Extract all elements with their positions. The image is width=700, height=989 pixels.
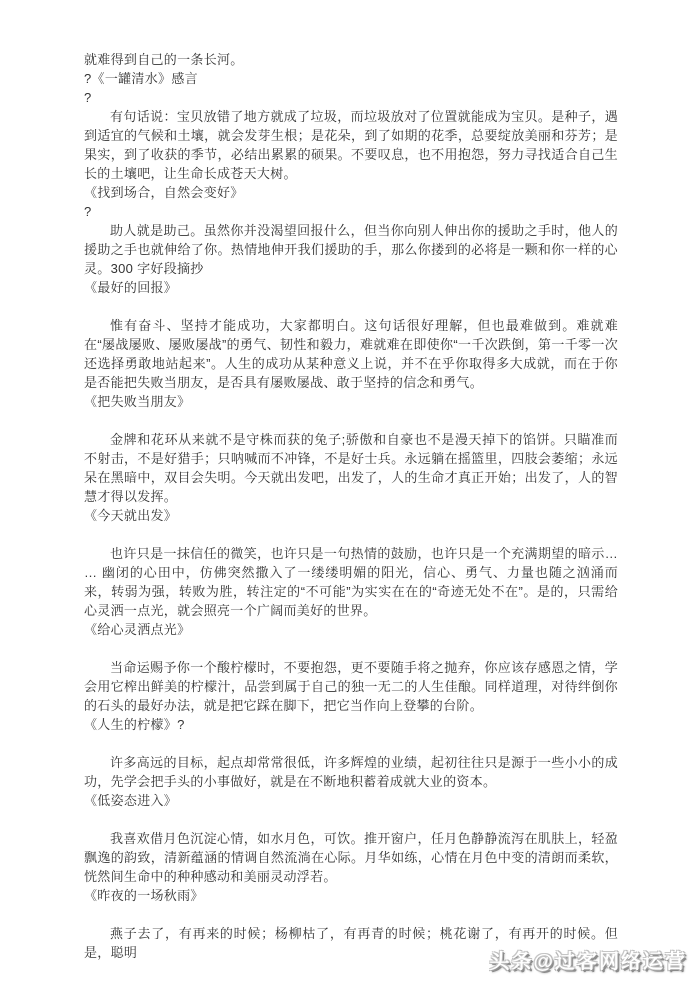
paragraph: 惟有奋斗、坚持才能成功，大家都明白。这句话很好理解，但也最难做到。难就难在“屡战…	[84, 316, 618, 392]
watermark: 头条@过客网络运营	[489, 945, 687, 974]
book-title: 《把失败当朋友》	[84, 392, 618, 411]
text-line: ?《一罐清水》感言	[84, 69, 618, 88]
document-body: 就难得到自己的一条长河。?《一罐清水》感言?有句话说：宝贝放错了地方就成了垃圾，…	[84, 50, 618, 962]
paragraph: 许多高远的目标，起点却常常很低，许多辉煌的业绩，起初往往只是源于一些小小的成功，…	[84, 753, 618, 791]
blank-line	[84, 905, 618, 924]
paragraph: 助人就是助己。虽然你并没渴望回报什么，但当你向别人伸出你的援助之手时，他人的援助…	[84, 221, 618, 278]
blank-line	[84, 639, 618, 658]
text-line: ?	[84, 88, 618, 107]
book-title: 《低姿态进入》	[84, 791, 618, 810]
paragraph: 有句话说：宝贝放错了地方就成了垃圾，而垃圾放对了位置就能成为宝贝。是种子，遇到适…	[84, 107, 618, 183]
book-title: 《找到场合，自然会变好》	[84, 183, 618, 202]
paragraph: 当命运赐予你一个酸柠檬时，不要抱怨，更不要随手将之抛弃，你应该存感恩之情，学会用…	[84, 658, 618, 715]
book-title: 《人生的柠檬》?	[84, 715, 618, 734]
blank-line	[84, 525, 618, 544]
text-line: 就难得到自己的一条长河。	[84, 50, 618, 69]
paragraph: 金牌和花环从来就不是守株而获的兔子;骄傲和自豪也不是漫天掉下的馅饼。只瞄准而不射…	[84, 430, 618, 506]
document-page: 就难得到自己的一条长河。?《一罐清水》感言?有句话说：宝贝放错了地方就成了垃圾，…	[0, 0, 700, 989]
text-line: ?	[84, 202, 618, 221]
blank-line	[84, 810, 618, 829]
book-title: 《昨夜的一场秋雨》	[84, 886, 618, 905]
blank-line	[84, 411, 618, 430]
book-title: 《今天就出发》	[84, 506, 618, 525]
blank-line	[84, 734, 618, 753]
blank-line	[84, 297, 618, 316]
paragraph: 也许只是一抹信任的微笑，也许只是一句热情的鼓励，也许只是一个充满期望的暗示… ……	[84, 544, 618, 620]
book-title: 《给心灵洒点光》	[84, 620, 618, 639]
book-title: 《最好的回报》	[84, 278, 618, 297]
paragraph: 我喜欢借月色沉淀心情，如水月色，可饮。推开窗户，任月色静静流泻在肌肤上，轻盈飘逸…	[84, 829, 618, 886]
